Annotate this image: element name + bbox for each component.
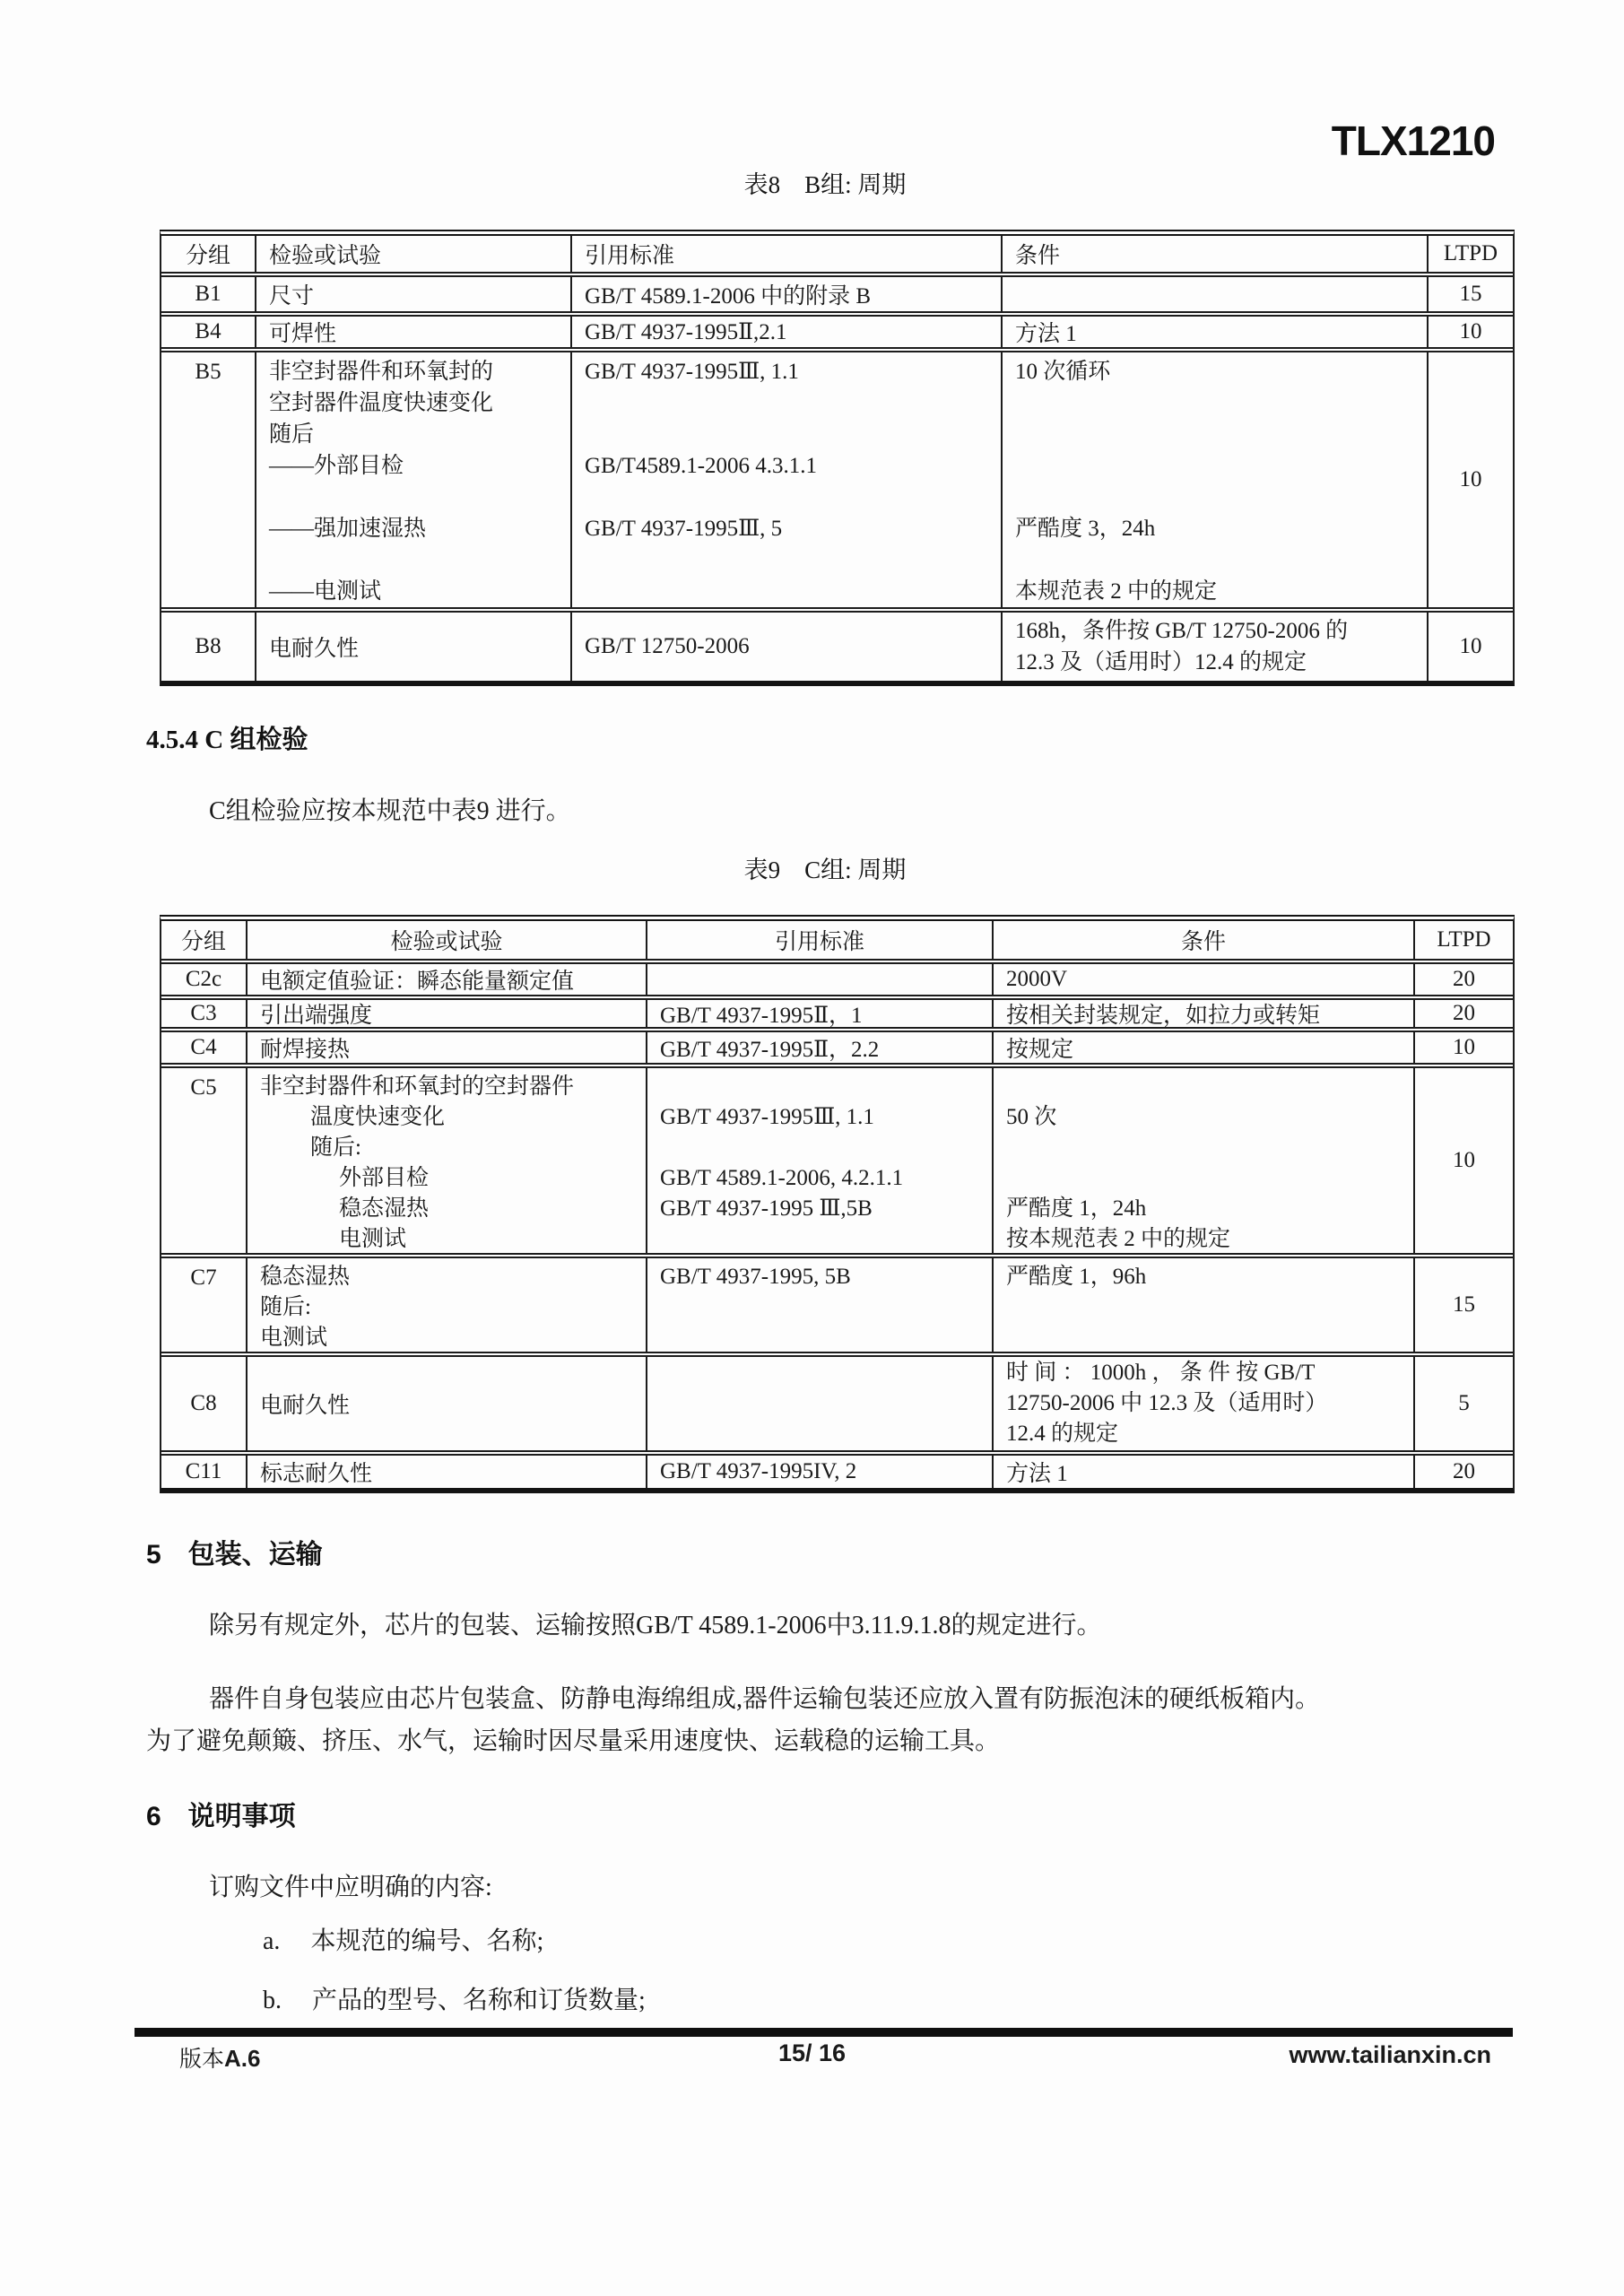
test-line: 电测试 <box>260 1323 638 1352</box>
group-cell: B8 <box>161 613 256 681</box>
table9-header-row: 分组 检验或试验 引用标准 条件 LTPD <box>161 921 1513 964</box>
section-6-intro: 订购文件中应明确的内容: <box>209 1867 492 1903</box>
standard-cell <box>647 964 994 995</box>
section-5-paragraph-1: 除另有规定外，芯片的包装、运输按照GB/T 4589.1-2006中3.11.9… <box>209 1605 1102 1641</box>
list-item-a-text: 本规范的编号、名称; <box>310 1927 543 1955</box>
test-line: 非空封器件和环氧封的 <box>269 356 563 387</box>
test-line: ——电测试 <box>269 576 563 607</box>
ltpd-cell: 15 <box>1429 277 1513 311</box>
section-454-heading: 4.5.4 C 组检验 <box>146 719 308 756</box>
test-cell: 非空封器件和环氧封的 空封器件温度快速变化 随后 ——外部目检 ——强加速湿热 … <box>256 352 572 607</box>
group-cell: C2c <box>161 964 248 995</box>
group-cell: B1 <box>161 277 256 311</box>
list-item-a: a.本规范的编号、名称; <box>263 1921 543 1957</box>
test-cell: 电耐久性 <box>248 1357 647 1450</box>
test-cell: 电额定值验证：瞬态能量额定值 <box>248 964 647 995</box>
table-row-c2c: C2c 电额定值验证：瞬态能量额定值 2000V 20 <box>161 964 1513 1000</box>
header-group: 分组 <box>161 236 256 272</box>
group-cell: B4 <box>161 317 256 347</box>
list-item-b-label: b. <box>263 1987 282 2015</box>
section-5-paragraph-2: 器件自身包装应由芯片包装盒、防静电海绵组成,器件运输包装还应放入置有防振泡沫的硬… <box>209 1679 1320 1715</box>
footer-website: www.tailianxin.cn <box>1289 2041 1491 2069</box>
test-line: 非空封器件和环氧封的空封器件 <box>260 1072 638 1102</box>
test-line: ——强加速湿热 <box>269 513 563 544</box>
condition-lines: 时 间 ： 1000h ， 条 件 按 GB/T 12750-2006 中 12… <box>1006 1358 1327 1449</box>
test-cell: 耐焊接热 <box>248 1032 647 1063</box>
group-cell: C8 <box>161 1357 248 1450</box>
ltpd-cell: 20 <box>1415 1456 1513 1488</box>
condition-line: 12750-2006 中 12.3 及（适用时） <box>1006 1388 1327 1419</box>
table-row-b4: B4 可焊性 GB/T 4937-1995Ⅱ,2.1 方法 1 10 <box>161 317 1513 352</box>
table-row-c5: C5 非空封器件和环氧封的空封器件 温度快速变化 随后: 外部目检 稳态湿热 电… <box>161 1068 1513 1258</box>
list-item-b-text: 产品的型号、名称和订货数量; <box>312 1987 646 2014</box>
condition-cell: 168h，条件按 GB/T 12750-2006 的 12.3 及（适用时）12… <box>1003 613 1429 681</box>
ltpd-cell: 20 <box>1415 964 1513 995</box>
section-5-paragraph-3: 为了避免颠簸、挤压、水气，运输时因尽量采用速度快、运载稳的运输工具。 <box>146 1721 1000 1757</box>
test-line: 空封器件温度快速变化 <box>269 387 563 419</box>
standard-cell: GB/T 4589.1-2006 中的附录 B <box>572 277 1003 311</box>
header-ltpd: LTPD <box>1415 921 1513 959</box>
condition-cell: 时 间 ： 1000h ， 条 件 按 GB/T 12750-2006 中 12… <box>994 1357 1415 1450</box>
test-line: 稳态湿热 <box>260 1262 638 1292</box>
section-6-heading: 6 说明事项 <box>146 1794 296 1833</box>
group-cell: C11 <box>161 1456 248 1488</box>
condition-cell: 50 次 严酷度 1，24h 按本规范表 2 中的规定 <box>994 1068 1415 1253</box>
footer-divider-bar <box>135 2028 1513 2037</box>
group-cell: C3 <box>161 1000 248 1027</box>
condition-line: 12.4 的规定 <box>1006 1419 1327 1449</box>
ltpd-cell: 15 <box>1415 1258 1513 1352</box>
list-item-b: b.产品的型号、名称和订货数量; <box>263 1980 646 2016</box>
test-cell: 非空封器件和环氧封的空封器件 温度快速变化 随后: 外部目检 稳态湿热 电测试 <box>248 1068 647 1253</box>
header-standard: 引用标准 <box>647 921 994 959</box>
condition-lines: 168h，条件按 GB/T 12750-2006 的 12.3 及（适用时）12… <box>1015 615 1348 678</box>
table8-caption: 表8 B组: 周期 <box>135 165 1515 200</box>
header-condition: 条件 <box>1003 236 1429 272</box>
table8-header-row: 分组 检验或试验 引用标准 条件 LTPD <box>161 236 1513 277</box>
table-row-b5: B5 非空封器件和环氧封的 空封器件温度快速变化 随后 ——外部目检 ——强加速… <box>161 352 1513 613</box>
ltpd-cell: 10 <box>1429 352 1513 607</box>
ltpd-cell: 10 <box>1415 1032 1513 1063</box>
standard-line: GB/T 4589.1-2006, 4.2.1.1 <box>660 1163 985 1194</box>
condition-cell: 2000V <box>994 964 1415 995</box>
condition-line: 严酷度 1，24h <box>1006 1194 1406 1224</box>
group-cell: B5 <box>161 352 256 607</box>
condition-cell <box>1003 277 1429 311</box>
test-cell: 标志耐久性 <box>248 1456 647 1488</box>
test-line: 外部目检 <box>339 1163 638 1194</box>
header-group: 分组 <box>161 921 248 959</box>
test-line: ——外部目检 <box>269 450 563 482</box>
condition-cell: 10 次循环 严酷度 3，24h 本规范表 2 中的规定 <box>1003 352 1429 607</box>
group-cell: C4 <box>161 1032 248 1063</box>
list-item-a-label: a. <box>263 1927 280 1956</box>
test-line: 温度快速变化 <box>310 1102 638 1133</box>
standard-cell: GB/T 4937-1995Ⅲ, 1.1 GB/T 4589.1-2006, 4… <box>647 1068 994 1253</box>
condition-cell: 按规定 <box>994 1032 1415 1063</box>
group-cell: C5 <box>161 1068 248 1253</box>
ltpd-cell: 10 <box>1415 1068 1513 1253</box>
standard-cell: GB/T 4937-1995IV, 2 <box>647 1456 994 1488</box>
condition-cell: 方法 1 <box>1003 317 1429 347</box>
table-row-b8: B8 电耐久性 GB/T 12750-2006 168h，条件按 GB/T 12… <box>161 613 1513 681</box>
table8: 分组 检验或试验 引用标准 条件 LTPD B1 尺寸 GB/T 4589.1-… <box>160 230 1515 686</box>
ltpd-cell: 5 <box>1415 1357 1513 1450</box>
table-row-c3: C3 引出端强度 GB/T 4937-1995Ⅱ，1 按相关封装规定，如拉力或转… <box>161 1000 1513 1032</box>
standard-line: GB/T 4937-1995 Ⅲ,5B <box>660 1194 985 1224</box>
standard-line: GB/T 4937-1995Ⅲ, 5 <box>585 513 994 544</box>
header-ltpd: LTPD <box>1429 236 1513 272</box>
ltpd-cell: 10 <box>1429 317 1513 347</box>
table-row-c8: C8 电耐久性 时 间 ： 1000h ， 条 件 按 GB/T 12750-2… <box>161 1357 1513 1456</box>
condition-line: 严酷度 3，24h <box>1015 513 1420 544</box>
ltpd-cell: 20 <box>1415 1000 1513 1027</box>
standard-line: GB/T 4937-1995Ⅲ, 1.1 <box>585 356 994 387</box>
test-line: 随后: <box>260 1292 638 1323</box>
table-row-c4: C4 耐焊接热 GB/T 4937-1995Ⅱ，2.2 按规定 10 <box>161 1032 1513 1068</box>
condition-line: 50 次 <box>1006 1102 1406 1133</box>
header-test: 检验或试验 <box>256 236 572 272</box>
condition-line: 按本规范表 2 中的规定 <box>1006 1224 1406 1253</box>
document-page: TLX1210 表8 B组: 周期 分组 检验或试验 引用标准 条件 LTPD … <box>0 0 1624 2296</box>
condition-cell: 严酷度 1，96h 按本规范表 2 中的规定 <box>994 1258 1415 1352</box>
test-cell: 尺寸 <box>256 277 572 311</box>
standard-line: GB/T4589.1-2006 4.3.1.1 <box>585 450 994 482</box>
standard-cell: GB/T 12750-2006 <box>572 613 1003 681</box>
standard-cell: GB/T 4937-1995Ⅱ,2.1 <box>572 317 1003 347</box>
condition-line: 12.3 及（适用时）12.4 的规定 <box>1015 647 1348 678</box>
standard-cell <box>647 1357 994 1450</box>
test-cell: 电耐久性 <box>256 613 572 681</box>
section-454-paragraph: C组检验应按本规范中表9 进行。 <box>209 791 571 827</box>
test-line: 随后: <box>310 1133 638 1163</box>
header-standard: 引用标准 <box>572 236 1003 272</box>
standard-line: GB/T 4937-1995Ⅲ, 1.1 <box>660 1102 985 1133</box>
condition-line: 168h，条件按 GB/T 12750-2006 的 <box>1015 615 1348 647</box>
doc-code: TLX1210 <box>1332 117 1495 165</box>
table-row-b1: B1 尺寸 GB/T 4589.1-2006 中的附录 B 15 <box>161 277 1513 317</box>
header-test: 检验或试验 <box>248 921 647 959</box>
condition-line: 时 间 ： 1000h ， 条 件 按 GB/T <box>1006 1358 1327 1388</box>
standard-line: GB/T 4937-1995, 5B <box>660 1262 985 1292</box>
test-line: 稳态湿热 <box>339 1194 638 1224</box>
test-cell: 稳态湿热 随后: 电测试 <box>248 1258 647 1352</box>
standard-cell: GB/T 4937-1995Ⅱ，2.2 <box>647 1032 994 1063</box>
section-5-heading: 5 包装、运输 <box>146 1532 323 1571</box>
table-row-c7: C7 稳态湿热 随后: 电测试 GB/T 4937-1995, 5B 严酷度 1… <box>161 1258 1513 1357</box>
test-cell: 引出端强度 <box>248 1000 647 1027</box>
test-cell: 可焊性 <box>256 317 572 347</box>
ltpd-cell: 10 <box>1429 613 1513 681</box>
table-row-c11: C11 标志耐久性 GB/T 4937-1995IV, 2 方法 1 20 <box>161 1456 1513 1488</box>
standard-cell: GB/T 4937-1995Ⅲ, 1.1 GB/T4589.1-2006 4.3… <box>572 352 1003 607</box>
table9-caption: 表9 C组: 周期 <box>135 850 1515 885</box>
group-cell: C7 <box>161 1258 248 1352</box>
table9: 分组 检验或试验 引用标准 条件 LTPD C2c 电额定值验证：瞬态能量额定值… <box>160 915 1515 1493</box>
standard-cell: GB/T 4937-1995, 5B <box>647 1258 994 1352</box>
condition-cell: 按相关封装规定，如拉力或转矩 <box>994 1000 1415 1027</box>
condition-line: 本规范表 2 中的规定 <box>1015 576 1420 607</box>
standard-cell: GB/T 4937-1995Ⅱ，1 <box>647 1000 994 1027</box>
condition-cell: 方法 1 <box>994 1456 1415 1488</box>
condition-line: 10 次循环 <box>1015 356 1420 387</box>
test-line: 随后 <box>269 419 563 450</box>
header-condition: 条件 <box>994 921 1415 959</box>
test-line: 电测试 <box>339 1224 638 1253</box>
condition-line: 严酷度 1，96h <box>1006 1262 1406 1292</box>
